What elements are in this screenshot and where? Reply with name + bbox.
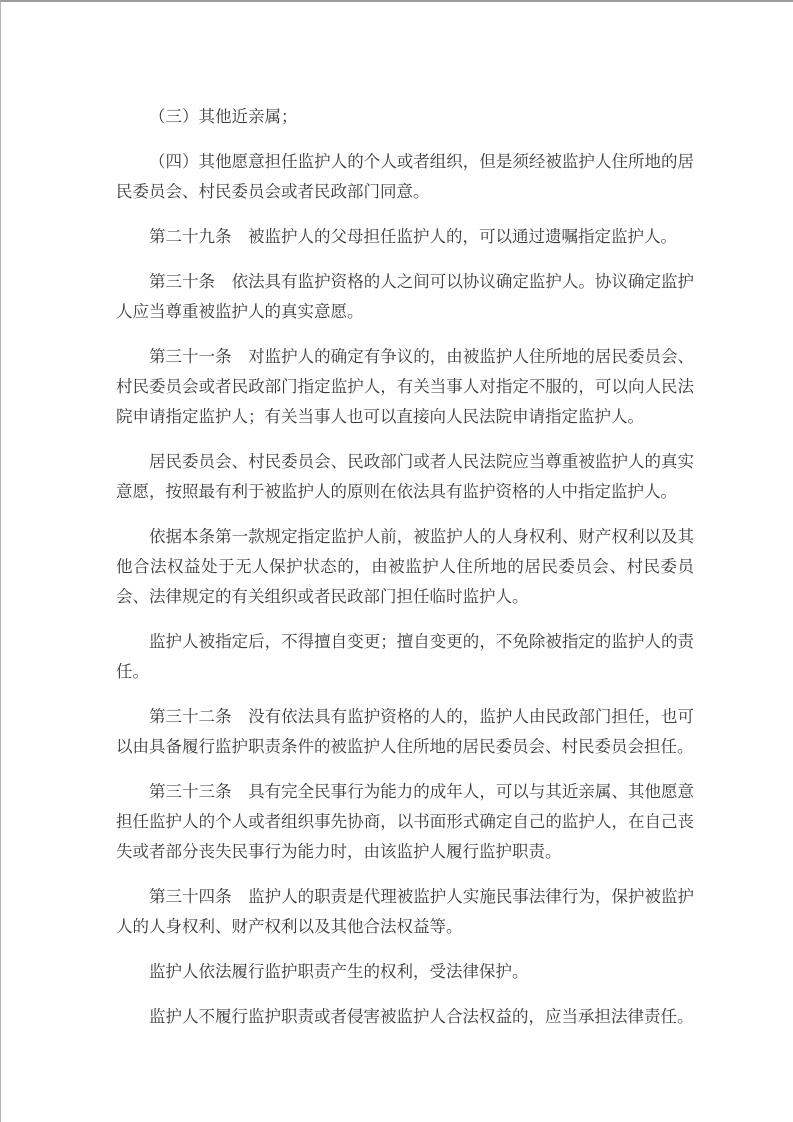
article-31-paragraph-3: 依据本条第一款规定指定监护人前，被监护人的人身权利、财产权利以及其他合法权益处于… [116,522,694,612]
article-33: 第三十三条 具有完全民事行为能力的成年人，可以与其近亲属、其他愿意担任监护人的个… [116,777,694,867]
clause-item-other-relatives: （三）其他近亲属； [116,102,694,132]
document-body: （三）其他近亲属； （四）其他愿意担任监护人的个人或者组织，但是须经被监护人住所… [1,2,793,1047]
article-30: 第三十条 依法具有监护资格的人之间可以协议确定监护人。协议确定监护人应当尊重被监… [116,267,694,327]
article-32: 第三十二条 没有依法具有监护资格的人的，监护人由民政部门担任，也可以由具备履行监… [116,702,694,762]
article-31-paragraph-2: 居民委员会、村民委员会、民政部门或者人民法院应当尊重被监护人的真实意愿，按照最有… [116,447,694,507]
article-34-paragraph-1: 第三十四条 监护人的职责是代理被监护人实施民事法律行为，保护被监护人的人身权利、… [116,882,694,942]
article-29: 第二十九条 被监护人的父母担任监护人的，可以通过遗嘱指定监护人。 [116,222,694,252]
document-page: （三）其他近亲属； （四）其他愿意担任监护人的个人或者组织，但是须经被监护人住所… [0,0,793,1122]
article-34-paragraph-2: 监护人依法履行监护职责产生的权利，受法律保护。 [116,957,694,987]
article-34-paragraph-3: 监护人不履行监护职责或者侵害被监护人合法权益的，应当承担法律责任。 [116,1002,694,1032]
article-31-paragraph-1: 第三十一条 对监护人的确定有争议的，由被监护人住所地的居民委员会、村民委员会或者… [116,342,694,432]
article-31-paragraph-4: 监护人被指定后，不得擅自变更；擅自变更的，不免除被指定的监护人的责任。 [116,627,694,687]
clause-item-other-willing-guardians: （四）其他愿意担任监护人的个人或者组织，但是须经被监护人住所地的居民委员会、村民… [116,147,694,207]
